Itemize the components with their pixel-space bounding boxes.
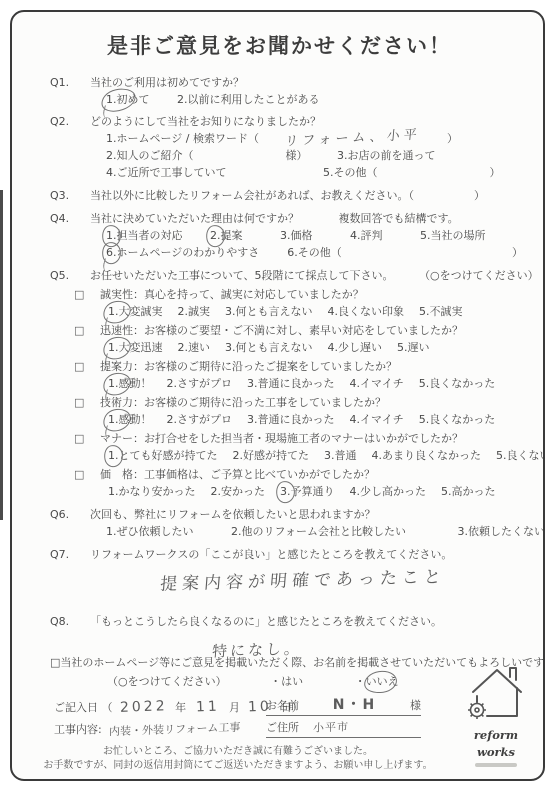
- q5-item6-opt1: 1.かなり安かった: [108, 485, 196, 498]
- q6-text: 次回も、弊社にリフォームを依頼したいと思われますか？: [90, 506, 529, 523]
- q6-number: Q6.: [50, 506, 90, 523]
- checkbox-icon: □: [74, 430, 100, 447]
- question-q3: Q3. 当社以外に比較したリフォーム会社があれば、お教えください。（）: [50, 187, 529, 204]
- q5-item1-opt3: 3.何とも言えない: [225, 305, 313, 318]
- q5-item1-opt1-circled: 1.大変誠実: [108, 303, 163, 320]
- q5-item5-opt1-circled: 1.とても好感が持てた: [108, 447, 218, 464]
- q4-note: 複数回答でも結構です。: [339, 212, 459, 225]
- q5-item3-opt1-circled: 1.感動！: [108, 375, 152, 392]
- logo-wordmark: reform works: [453, 727, 539, 761]
- q5-item-title: 技術力：お客様のご期待に沿った工事をしていましたか？: [100, 394, 386, 411]
- q5-item-skill: □ 技術力：お客様のご期待に沿った工事をしていましたか？ 1.感動！2.さすがプ…: [74, 394, 529, 428]
- q2-row3: 4.ご近所で工事していて5.その他（）: [106, 164, 529, 181]
- q5-number: Q5.: [50, 267, 90, 284]
- q5-item1-opt4: 4.良くない印象: [328, 305, 405, 318]
- q4-option-other-close: ）: [512, 244, 523, 261]
- q5-item6-opt4: 4.少し高かった: [350, 485, 427, 498]
- q4-text: 当社に決めていただいた理由は何ですか？: [90, 212, 299, 225]
- q5-item-price: □ 価 格：工事価格は、ご予算と比べていかがでしたか？ 1.かなり安かった2.安…: [74, 466, 529, 500]
- q6-options: 1.ぜひ依頼したい 2.他のリフォーム会社と比較したい 3.依頼したくない: [106, 523, 529, 540]
- q3-close: ）: [474, 189, 485, 202]
- q5-item-sincerity: □ 誠実性：真心を持って、誠実に対応していましたか？ 1.大変誠実2.誠実3.何…: [74, 286, 529, 320]
- q5-item-speed: □ 迅速性：お客様のご要望・ご不満に対し、素早い対応をしていましたか？ 1.大変…: [74, 322, 529, 356]
- q5-item5-opt3: 3.普通: [324, 449, 357, 462]
- q1-number: Q1.: [50, 74, 90, 91]
- q4-option-6-circled: 6.ホームページのわかりやすさ: [106, 244, 259, 261]
- q5-item3-opt3: 3.普通に良かった: [247, 377, 335, 390]
- name-field: お名前 N・H 様: [266, 697, 421, 716]
- q5-item-title: 提案力：お客様のご期待に沿ったご提案をしていましたか？: [100, 358, 397, 375]
- thanks-line-1: お忙しいところ、ご協力いただき誠に有難うございました。: [40, 745, 436, 759]
- questionnaire-page: 是非ご意見をお聞かせください！ Q1. 当社のご利用は初めてですか？ 1.初めて…: [10, 10, 545, 781]
- q5-item-title: 迅速性：お客様のご要望・ご不満に対し、素早い対応をしていましたか？: [100, 322, 463, 339]
- q5-item4-opt3: 3.普通に良かった: [247, 413, 335, 426]
- q6-option-3: 3.依頼したくない: [457, 525, 545, 538]
- q5-item-proposal: □ 提案力：お客様のご期待に沿ったご提案をしていましたか？ 1.感動！2.さすが…: [74, 358, 529, 392]
- q7-handwritten-answer: 提案内容が明確であったこと: [159, 569, 446, 594]
- q5-item3-opt4: 4.イマイチ: [350, 377, 404, 390]
- q5-item-manner: □ マナー：お打合せをした担当者・現場施工者のマナーはいかがでしたか？ 1.とて…: [74, 430, 529, 464]
- q5-item3-opt2: 2.さすがプロ: [167, 377, 233, 390]
- q4-row1: 1.担当者の対応2.提案3.価格4.評判5.当社の場所: [106, 227, 529, 244]
- question-q4: Q4. 当社に決めていただいた理由は何ですか？ 複数回答でも結構です。 1.担当…: [50, 210, 529, 261]
- q2-text: どのようにして当社をお知りになりましたか？: [90, 113, 529, 130]
- q3-number: Q3.: [50, 187, 90, 204]
- q5-item5-opt4: 4.あまり良くなかった: [372, 449, 482, 462]
- thanks-line-2: お手数ですが、同封の返信用封筒にてご返送いただきますよう、お願い申し上げます。: [40, 759, 436, 773]
- q1-option-1-circled: 1.初めて: [106, 91, 150, 108]
- consent-yes: ・はい: [270, 675, 303, 688]
- q7-text: リフォームワークスの「ここが良い」と感じたところを教えてください。: [90, 546, 529, 563]
- scan-edge-artifact: [0, 190, 3, 520]
- q5-item2-opt2: 2.速い: [178, 341, 211, 354]
- q4-option-5: 5.当社の場所: [420, 229, 486, 242]
- q3-text: 当社以外に比較したリフォーム会社があれば、お教えください。（: [90, 189, 414, 202]
- q5-note: （○をつけてください）: [419, 269, 539, 282]
- q4-option-3: 3.価格: [280, 227, 350, 244]
- q5-item4-opt2: 2.さすがプロ: [167, 413, 233, 426]
- date-label: ご記入日: [54, 701, 98, 714]
- checkbox-icon: □: [74, 358, 100, 375]
- circle-instruction: （○をつけてください）: [107, 675, 227, 688]
- q2-option-5-close: ）: [490, 166, 501, 179]
- q5-item6-opt2: 2.安かった: [211, 485, 266, 498]
- address-handwritten: 小平市: [313, 718, 350, 736]
- q2-number: Q2.: [50, 113, 90, 130]
- q6-option-2: 2.他のリフォーム会社と比較したい: [231, 525, 406, 538]
- q5-item5-opt2: 2.好感が持てた: [233, 449, 310, 462]
- q5-item5-opt5: 5.良くない: [496, 449, 545, 462]
- house-logo-icon: [461, 664, 531, 722]
- q5-item2-opt5: 5.遅い: [397, 341, 430, 354]
- q4-number: Q4.: [50, 210, 90, 227]
- q4-option-1-circled: 1.担当者の対応: [106, 227, 202, 244]
- q2-row1: 1.ホームページ / 検索ワード（リフォーム、小平）: [106, 130, 529, 147]
- q6-option-1: 1.ぜひ依頼したい: [106, 525, 194, 538]
- address-field: ご住所 小平市: [266, 719, 421, 738]
- question-q5: Q5. お任せいただいた工事について、5段階にて採点して下さい。 （○をつけてく…: [50, 267, 529, 284]
- q5-item3-opt5: 5.良くなかった: [419, 377, 496, 390]
- honorific: 様: [410, 697, 421, 714]
- q5-item2-opt3: 3.何とも言えない: [225, 341, 313, 354]
- q1-option-2: 2.以前に利用したことがある: [177, 93, 320, 106]
- q4-option-2-circled: 2.提案: [210, 227, 280, 244]
- q5-item4-opt4: 4.イマイチ: [350, 413, 404, 426]
- q5-item2-opt4: 4.少し遅い: [328, 341, 383, 354]
- address-label: ご住所: [266, 719, 299, 736]
- checkbox-icon: □: [74, 322, 100, 339]
- q2-option-2-close: 様）: [286, 149, 308, 162]
- question-q6: Q6. 次回も、弊社にリフォームを依頼したいと思われますか？ 1.ぜひ依頼したい…: [50, 506, 529, 540]
- q5-item1-opt2: 2.誠実: [178, 305, 211, 318]
- checkbox-icon: □: [74, 394, 100, 411]
- year-unit: 年: [175, 701, 186, 714]
- q7-number: Q7.: [50, 546, 90, 563]
- question-q1: Q1. 当社のご利用は初めてですか？ 1.初めて 2.以前に利用したことがある: [50, 74, 529, 108]
- q4-option-other: 6.その他（: [287, 244, 342, 261]
- q5-item4-opt1-circled: 1.感動！: [108, 411, 152, 428]
- q5-item-title: 価 格：工事価格は、ご予算と比べていかがでしたか？: [100, 466, 375, 483]
- work-label: 工事内容:: [54, 723, 102, 736]
- q2-option-2: 2.知人のご紹介（: [106, 149, 194, 162]
- q8-number: Q8.: [50, 613, 90, 630]
- consent-no-circled: ・いいえ: [355, 673, 399, 690]
- date-year-handwritten: 2022: [120, 698, 168, 717]
- q1-options: 1.初めて 2.以前に利用したことがある: [106, 91, 529, 108]
- q4-option-4: 4.評判: [350, 227, 420, 244]
- month-unit: 月: [229, 701, 240, 714]
- q5-item6-opt5: 5.高かった: [441, 485, 496, 498]
- question-q7: Q7. リフォームワークスの「ここが良い」と感じたところを教えてください。 提案…: [50, 546, 529, 611]
- q5-item6-opt3-circled: 3.予算通り: [280, 483, 335, 500]
- date-month-handwritten: 11: [195, 699, 219, 717]
- name-handwritten: N・H: [299, 697, 410, 714]
- logo-subtext-smudge: [475, 763, 517, 767]
- q5-item1-opt5: 5.不誠実: [419, 305, 463, 318]
- q2-option-1-close: ）: [447, 132, 458, 145]
- q5-item-title: マナー：お打合せをした担当者・現場施工者のマナーはいかがでしたか？: [100, 430, 463, 447]
- q5-item2-opt1-circled: 1.大変迅速: [108, 339, 163, 356]
- work-handwritten: 内装・外装リフォーム工事: [109, 719, 241, 741]
- checkbox-icon: □: [74, 466, 100, 483]
- q1-text: 当社のご利用は初めてですか？: [90, 74, 529, 91]
- q8-text: 「もっとこうしたら良くなるのに」と感じたところを教えてください。: [90, 613, 529, 630]
- q5-item4-opt5: 5.良くなかった: [419, 413, 496, 426]
- q5-text: お任せいただいた工事について、5段階にて採点して下さい。: [90, 269, 394, 282]
- q2-row2: 2.知人のご紹介（様） 3.お店の前を通って: [106, 147, 529, 164]
- questionnaire-content: 是非ご意見をお聞かせください！ Q1. 当社のご利用は初めてですか？ 1.初めて…: [12, 12, 543, 674]
- q2-option-3: 3.お店の前を通って: [337, 149, 436, 162]
- q2-option-5: 5.その他（: [323, 166, 378, 179]
- q2-option-4: 4.ご近所で工事していて: [106, 164, 323, 181]
- q5-item-title: 誠実性：真心を持って、誠実に対応していましたか？: [100, 286, 364, 303]
- form-title: 是非ご意見をお聞かせください！: [50, 32, 509, 60]
- q2-option-1: 1.ホームページ / 検索ワード（: [106, 132, 259, 145]
- question-q2: Q2. どのようにして当社をお知りになりましたか？ 1.ホームページ / 検索ワ…: [50, 113, 529, 181]
- q4-row2: 6.ホームページのわかりやすさ 6.その他（ ）: [106, 244, 529, 261]
- checkbox-icon: □: [74, 286, 100, 303]
- company-logo: reform works: [453, 664, 539, 767]
- paren-open: （: [102, 701, 113, 714]
- date-day-handwritten: 10: [248, 699, 272, 717]
